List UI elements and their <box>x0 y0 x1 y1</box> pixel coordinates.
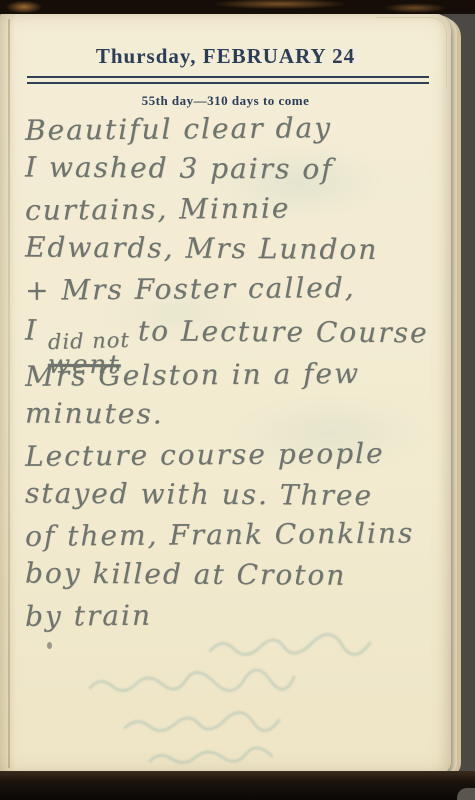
entry-line: Edwards, Mrs Lundon <box>25 228 445 271</box>
day-count-subheading: 55th day—310 days to come <box>0 93 451 109</box>
correction-prefix: I <box>25 314 38 347</box>
page-header: Thursday, FEBRUARY 24 55th day—310 days … <box>0 13 451 109</box>
entry-line: I washed 3 pairs of <box>25 148 445 191</box>
entry-line: Mrs Gelston in a few <box>25 353 445 397</box>
double-rule-divider <box>27 76 429 84</box>
entry-line: Beautiful clear day <box>25 107 445 151</box>
bleed-through-marks <box>30 633 430 783</box>
binding-crease <box>8 19 10 768</box>
entry-line: of them, Frank Conklins <box>25 513 445 557</box>
inserted-words: did not <box>48 330 130 353</box>
entry-line: curtains, Minnie <box>25 187 445 231</box>
entry-line: + Mrs Foster called, <box>25 267 445 311</box>
entry-line: by train <box>25 593 445 637</box>
book-cover-top-edge <box>0 0 475 14</box>
book-cover-bottom-edge <box>0 771 475 800</box>
entry-line: minutes. <box>25 394 445 437</box>
diary-page: Thursday, FEBRUARY 24 55th day—310 days … <box>0 13 451 774</box>
diary-scan: Thursday, FEBRUARY 24 55th day—310 days … <box>0 0 475 800</box>
entry-line: stayed with us. Three <box>25 474 445 517</box>
date-heading: Thursday, FEBRUARY 24 <box>0 44 451 69</box>
entry-line-with-correction: Idid notwentto Lecture Course <box>25 308 445 357</box>
entry-line: Lecture course people <box>25 433 445 477</box>
entry-line: boy killed at Croton <box>25 554 445 597</box>
correction-suffix: to Lecture Course <box>138 314 429 349</box>
diary-entry: Beautiful clear day I washed 3 pairs of … <box>25 109 445 635</box>
